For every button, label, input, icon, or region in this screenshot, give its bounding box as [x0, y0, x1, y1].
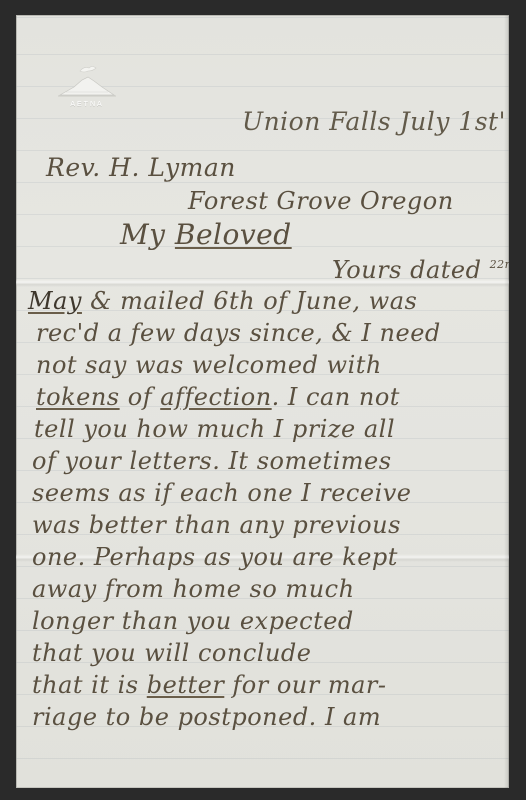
body-line-11: away from home so much	[32, 575, 355, 603]
salutation-beloved: Beloved	[175, 218, 292, 251]
body-line-9: was better than any previous	[32, 511, 401, 539]
dateline-date: July 1st	[400, 107, 499, 136]
dateline: Union Falls July 1st'72	[242, 107, 509, 136]
body-line-12: longer than you expected	[32, 607, 354, 635]
body-line-14: that it is better for our mar-	[32, 671, 387, 699]
body-line-2: May & mailed 6th of June, was	[28, 287, 417, 315]
salutation-my: My	[120, 218, 166, 251]
body-line-13: that you will conclude	[32, 639, 311, 667]
body-line-10: one. Perhaps as you are kept	[32, 543, 398, 571]
page-edge-shadow	[504, 15, 509, 788]
addressee-location: Forest Grove Oregon	[188, 187, 454, 215]
addressee-name: Rev. H. Lyman	[46, 153, 236, 182]
salutation: My Beloved	[120, 218, 292, 251]
body-line-6: tell you how much I prize all	[34, 415, 395, 443]
letterhead-text: AETNA	[54, 101, 120, 108]
body-line-3: rec'd a few days since, & I need	[36, 319, 441, 347]
body-line-4: not say was welcomed with	[36, 351, 382, 379]
dateline-place: Union Falls	[242, 107, 391, 136]
body-line-8: seems as if each one I receive	[32, 479, 412, 507]
letterhead-emboss: AETNA	[54, 63, 120, 113]
scan-background: AETNA Union Falls July 1st'72 Rev. H. Ly…	[0, 0, 526, 800]
body-line-1: Yours dated 22nd	[332, 256, 509, 284]
body-line-15: riage to be postponed. I am	[32, 703, 381, 731]
letter-page: AETNA Union Falls July 1st'72 Rev. H. Ly…	[16, 15, 509, 788]
mountain-emblem-icon	[54, 63, 120, 101]
body-line-5: tokens of affection. I can not	[36, 383, 400, 411]
body-line-7: of your letters. It sometimes	[32, 447, 392, 475]
